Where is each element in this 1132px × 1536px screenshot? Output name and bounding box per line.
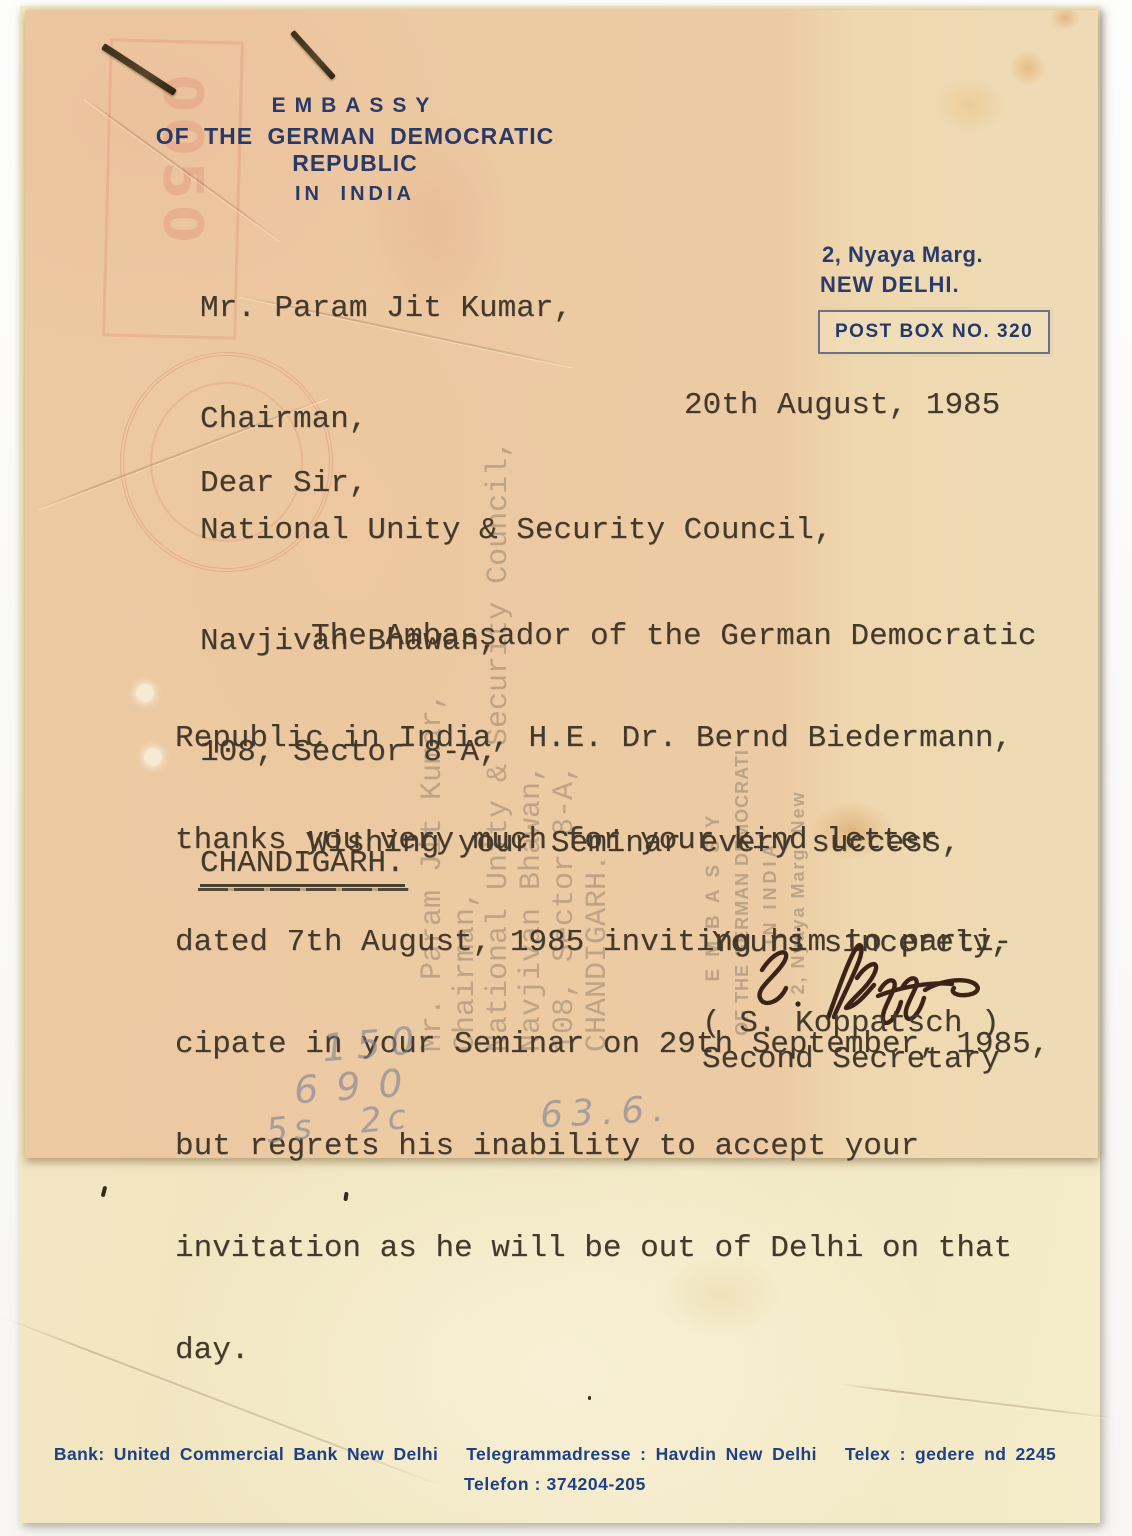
wishing-line: Wishing your Seminar every success, xyxy=(309,826,960,861)
scanned-letter-page: 0050 Mr. Param Jit Kumar, Chairman, Nati… xyxy=(0,0,1132,1536)
signature-typed-name: ( S. Koppatsch ) xyxy=(702,1006,1000,1041)
paper-light-spot xyxy=(144,748,162,766)
letter-date: 20th August, 1985 xyxy=(684,388,1000,423)
embassy-letterhead: EMBASSY OF THE GERMAN DEMOCRATIC REPUBLI… xyxy=(120,94,590,206)
pencil-note: 63.6. xyxy=(539,1089,673,1137)
paper-light-spot xyxy=(136,684,154,702)
letterhead-footer: Bank: United Commercial Bank New Delhi T… xyxy=(90,1444,1020,1495)
body-line: day. xyxy=(175,1334,1049,1368)
body-line: Republic in India, H.E. Dr. Bernd Bieder… xyxy=(175,722,1049,756)
footer-phone: Telefon : 374204-205 xyxy=(90,1474,1020,1495)
sender-street: 2, Nyaya Marg. xyxy=(822,242,983,268)
signature-title: Second Secretary xyxy=(702,1042,1000,1077)
body-line: invitation as he will be out of Delhi on… xyxy=(175,1232,1049,1266)
letterhead-line: IN INDIA xyxy=(120,183,590,206)
body-line: The Ambassador of the German Democratic xyxy=(175,620,1049,654)
recipient-line: Mr. Param Jit Kumar, xyxy=(200,290,833,327)
footer-bank: Bank: United Commercial Bank New Delhi xyxy=(54,1444,438,1465)
letterhead-line: EMBASSY xyxy=(120,94,590,118)
recipient-line: National Unity & Security Council, xyxy=(200,512,833,549)
sender-city: NEW DELHI. xyxy=(820,272,960,298)
footer-telex: Telex : gedere nd 2245 xyxy=(845,1444,1056,1465)
footer-telegram: Telegrammadresse : Havdin New Delhi xyxy=(466,1444,817,1465)
salutation: Dear Sir, xyxy=(200,466,367,501)
letterhead-line: OF THE GERMAN DEMOCRATIC REPUBLIC xyxy=(120,123,590,177)
post-box-label: POST BOX NO. 320 xyxy=(818,310,1050,354)
